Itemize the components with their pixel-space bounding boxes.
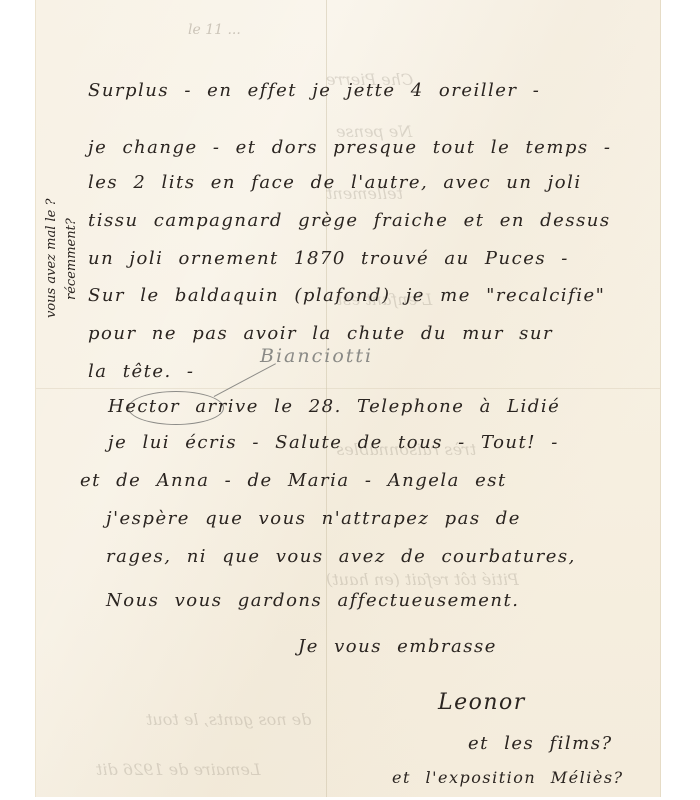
horizontal-fold-line [36, 388, 660, 389]
letter-line-11: et de Anna - de Maria - Angela est [80, 470, 507, 491]
bleed-through-text: de nos gants, le tout [146, 710, 311, 729]
letter-line-6: Sur le baldaquin (plafond) je me "recalc… [88, 285, 605, 306]
pencil-connector-line [214, 363, 276, 397]
letter-line-1: Surplus - en effet je jette 4 oreiller - [88, 80, 540, 101]
letter-line-10: je lui écris - Salute de tous - Tout! - [108, 432, 559, 453]
letter-line-4: tissu campagnard grège fraiche et en des… [88, 210, 611, 231]
letter-line-14: Nous vous gardons affectueusement. [106, 590, 519, 611]
letter-line-5: un joli ornement 1870 trouvé au Puces - [88, 248, 569, 269]
letter-page: le 11 ... Che Pierre Ne pense tellement … [36, 0, 660, 797]
bleed-through-text: Lemaire de 1926 dit [96, 760, 261, 779]
margin-note-line-2: récemment? [64, 218, 79, 300]
letter-closing: Je vous embrasse [298, 636, 497, 657]
letter-line-8: la tête. - [88, 361, 195, 382]
letter-line-13: rages, ni que vous avez de courbatures, [106, 546, 576, 567]
postscript-line-2: et l'exposition Méliès? [392, 768, 624, 787]
postscript-line-1: et les films? [468, 733, 613, 754]
letter-line-9: Hector arrive le 28. Telephone à Lidié [108, 396, 560, 417]
letter-line-3: les 2 lits en face de l'autre, avec un j… [88, 172, 582, 193]
bleed-through-text: Pitié tôt refait (en haut) [326, 570, 519, 589]
letter-line-2: je change - et dors presque tout le temp… [88, 137, 611, 158]
letter-line-7: pour ne pas avoir la chute du mur sur [88, 323, 553, 344]
faint-date: le 11 ... [188, 22, 241, 38]
margin-note-line-1: vous avez mal le ? [44, 199, 59, 318]
pencil-annotation-name: Bianciotti [260, 345, 373, 367]
letter-line-12: j'espère que vous n'attrapez pas de [106, 508, 521, 529]
signature: Leonor [438, 690, 526, 715]
